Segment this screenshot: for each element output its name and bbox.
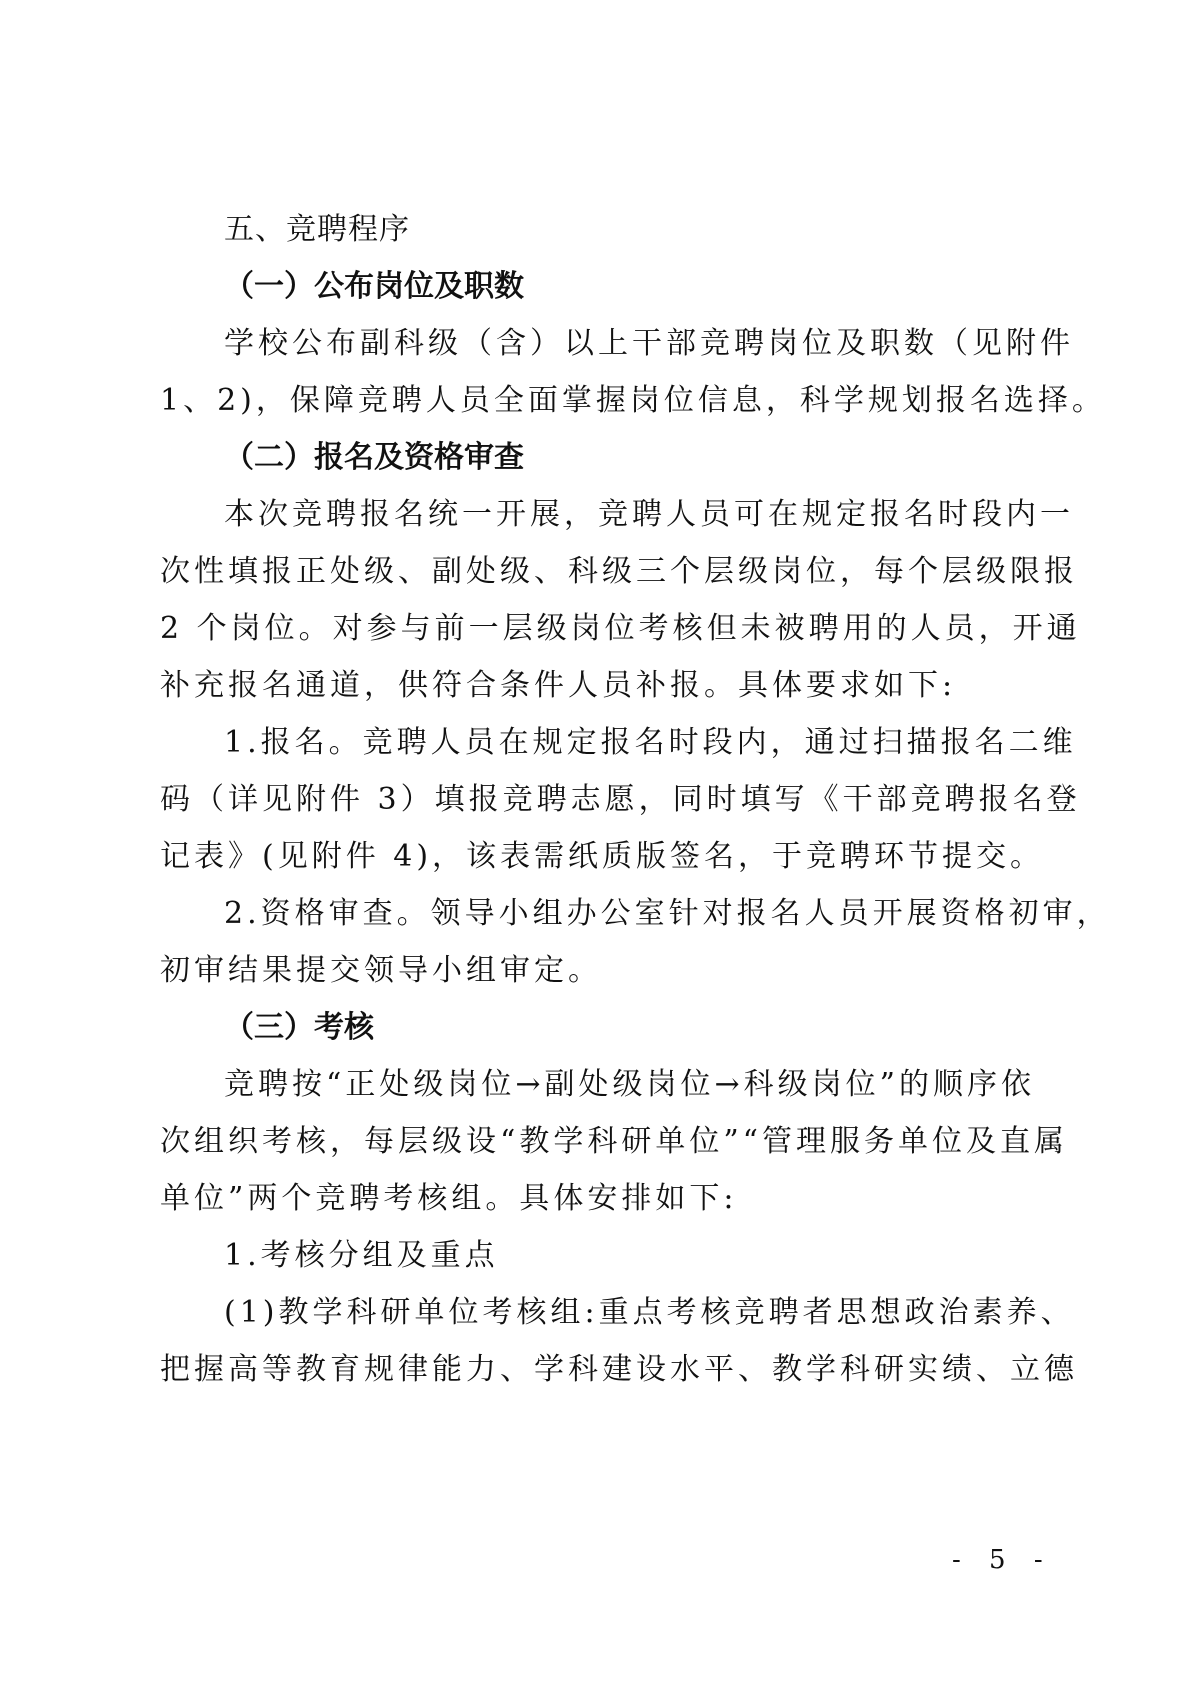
paragraph-line: 2.资格审查。领导小组办公室针对报名人员开展资格初审， bbox=[224, 894, 1104, 934]
page-number: - 5 - bbox=[952, 1545, 1053, 1575]
paragraph-line: 次组织考核，每层级设“教学科研单位”“管理服务单位及直属 bbox=[160, 1122, 1040, 1162]
paragraph-line: 补充报名通道，供符合条件人员补报。具体要求如下: bbox=[160, 666, 1040, 706]
paragraph-line: 学校公布副科级（含）以上干部竞聘岗位及职数（见附件 bbox=[224, 324, 1104, 364]
subsection-heading-2: （二）报名及资格审查 bbox=[224, 438, 1104, 478]
paragraph-line: 1、2)，保障竞聘人员全面掌握岗位信息，科学规划报名选择。 bbox=[160, 381, 1040, 421]
paragraph-line: 码（详见附件 3）填报竞聘志愿，同时填写《干部竞聘报名登 bbox=[160, 780, 1040, 820]
subsection-heading-1: （一）公布岗位及职数 bbox=[224, 267, 1104, 307]
paragraph-line: 1.考核分组及重点 bbox=[224, 1236, 1104, 1276]
subsection-heading-3: （三）考核 bbox=[224, 1008, 1104, 1048]
paragraph-line: (1)教学科研单位考核组:重点考核竞聘者思想政治素养、 bbox=[224, 1293, 1104, 1333]
paragraph-line: 2 个岗位。对参与前一层级岗位考核但未被聘用的人员，开通 bbox=[160, 609, 1040, 649]
paragraph-line: 初审结果提交领导小组审定。 bbox=[160, 951, 1040, 991]
paragraph-line: 单位”两个竞聘考核组。具体安排如下: bbox=[160, 1179, 1040, 1219]
paragraph-line: 本次竞聘报名统一开展，竞聘人员可在规定报名时段内一 bbox=[224, 495, 1104, 535]
paragraph-line: 次性填报正处级、副处级、科级三个层级岗位，每个层级限报 bbox=[160, 552, 1040, 592]
paragraph-line: 把握高等教育规律能力、学科建设水平、教学科研实绩、立德 bbox=[160, 1350, 1040, 1390]
paragraph-line: 记表》(见附件 4)，该表需纸质版签名，于竞聘环节提交。 bbox=[160, 837, 1040, 877]
paragraph-line: 1.报名。竞聘人员在规定报名时段内，通过扫描报名二维 bbox=[224, 723, 1104, 763]
section-title: 五、竞聘程序 bbox=[224, 210, 1104, 250]
paragraph-line: 竞聘按“正处级岗位→副处级岗位→科级岗位”的顺序依 bbox=[224, 1065, 1104, 1105]
